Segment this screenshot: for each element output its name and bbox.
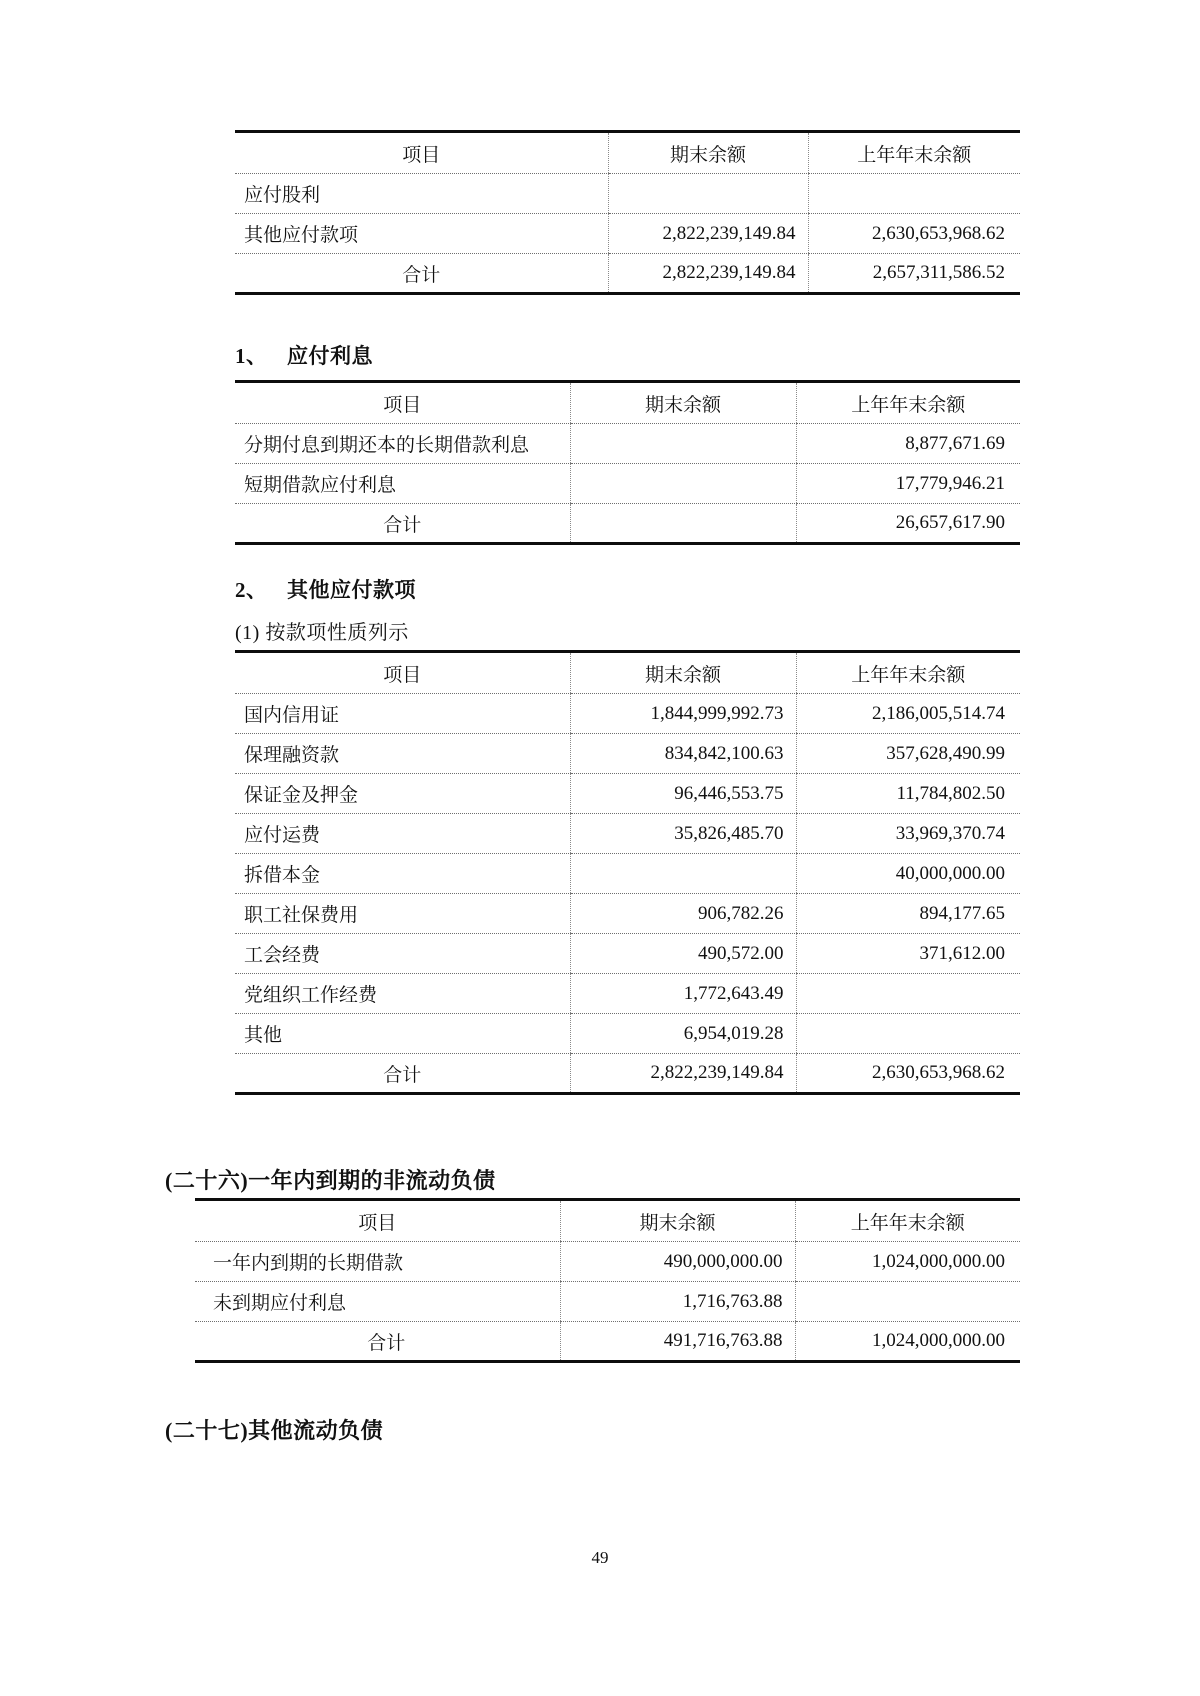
row-label: 合计 bbox=[235, 504, 570, 544]
prior-year-end-balance bbox=[808, 174, 1020, 214]
section-number: (二十六) bbox=[165, 1168, 248, 1193]
row-label: 一年内到期的长期借款 bbox=[195, 1242, 560, 1282]
current-period-balance: 1,716,763.88 bbox=[560, 1282, 795, 1322]
total-row: 合计2,822,239,149.842,630,653,968.62 bbox=[235, 1054, 1020, 1094]
row-label: 党组织工作经费 bbox=[235, 974, 570, 1014]
section-title: 一年内到期的非流动负债 bbox=[248, 1168, 496, 1193]
table-header-row: 项目期末余额上年年末余额 bbox=[195, 1200, 1020, 1242]
current-period-balance: 6,954,019.28 bbox=[570, 1014, 796, 1054]
prior-year-end-balance: 894,177.65 bbox=[796, 894, 1020, 934]
current-period-balance: 35,826,485.70 bbox=[570, 814, 796, 854]
current-period-balance: 490,000,000.00 bbox=[560, 1242, 795, 1282]
row-label: 拆借本金 bbox=[235, 854, 570, 894]
prior-year-end-balance: 17,779,946.21 bbox=[796, 464, 1020, 504]
prior-year-end-balance bbox=[795, 1282, 1020, 1322]
row-label: 短期借款应付利息 bbox=[235, 464, 570, 504]
column-header: 期末余额 bbox=[570, 652, 796, 694]
total-row: 合计26,657,617.90 bbox=[235, 504, 1020, 544]
prior-year-end-balance: 2,657,311,586.52 bbox=[808, 254, 1020, 294]
row-label: 其他应付款项 bbox=[235, 214, 608, 254]
prior-year-end-balance: 357,628,490.99 bbox=[796, 734, 1020, 774]
current-period-balance bbox=[570, 424, 796, 464]
table-row: 国内信用证1,844,999,992.732,186,005,514.74 bbox=[235, 694, 1020, 734]
table-row: 职工社保费用906,782.26894,177.65 bbox=[235, 894, 1020, 934]
section-number: 2、 bbox=[235, 574, 287, 604]
prior-year-end-balance: 11,784,802.50 bbox=[796, 774, 1020, 814]
table-row: 保理融资款834,842,100.63357,628,490.99 bbox=[235, 734, 1020, 774]
table-row: 短期借款应付利息17,779,946.21 bbox=[235, 464, 1020, 504]
column-header: 期末余额 bbox=[560, 1200, 795, 1242]
row-label: 工会经费 bbox=[235, 934, 570, 974]
table-row: 其他应付款项2,822,239,149.842,630,653,968.62 bbox=[235, 214, 1020, 254]
section-heading-interest-payable: 1、应付利息 bbox=[235, 340, 373, 370]
row-label: 保理融资款 bbox=[235, 734, 570, 774]
current-period-balance: 2,822,239,149.84 bbox=[570, 1054, 796, 1094]
current-period-balance: 96,446,553.75 bbox=[570, 774, 796, 814]
table-row: 保证金及押金96,446,553.7511,784,802.50 bbox=[235, 774, 1020, 814]
column-header: 项目 bbox=[235, 652, 570, 694]
row-label: 国内信用证 bbox=[235, 694, 570, 734]
column-header: 项目 bbox=[195, 1200, 560, 1242]
prior-year-end-balance: 371,612.00 bbox=[796, 934, 1020, 974]
section-heading-other-payables: 2、其他应付款项 bbox=[235, 574, 416, 604]
column-header: 上年年末余额 bbox=[796, 652, 1020, 694]
table-row: 工会经费490,572.00371,612.00 bbox=[235, 934, 1020, 974]
prior-year-end-balance: 2,186,005,514.74 bbox=[796, 694, 1020, 734]
prior-year-end-balance: 2,630,653,968.62 bbox=[796, 1054, 1020, 1094]
row-label: 应付股利 bbox=[235, 174, 608, 214]
row-label: 保证金及押金 bbox=[235, 774, 570, 814]
current-period-balance bbox=[570, 854, 796, 894]
table-header-row: 项目期末余额上年年末余额 bbox=[235, 382, 1020, 424]
prior-year-end-balance bbox=[796, 974, 1020, 1014]
current-period-balance bbox=[608, 174, 808, 214]
noncurrent-liabilities-due-within-one-year-table: 项目期末余额上年年末余额一年内到期的长期借款490,000,000.001,02… bbox=[195, 1198, 1020, 1363]
prior-year-end-balance: 40,000,000.00 bbox=[796, 854, 1020, 894]
column-header: 上年年末余额 bbox=[808, 132, 1020, 174]
current-period-balance: 2,822,239,149.84 bbox=[608, 254, 808, 294]
column-header: 项目 bbox=[235, 382, 570, 424]
row-label: 合计 bbox=[235, 1054, 570, 1094]
row-label: 合计 bbox=[195, 1322, 560, 1362]
table-row: 应付运费35,826,485.7033,969,370.74 bbox=[235, 814, 1020, 854]
current-period-balance: 491,716,763.88 bbox=[560, 1322, 795, 1362]
document-page: 项目期末余额上年年末余额应付股利其他应付款项2,822,239,149.842,… bbox=[0, 0, 1200, 1696]
column-header: 上年年末余额 bbox=[796, 382, 1020, 424]
table-row: 应付股利 bbox=[235, 174, 1020, 214]
current-period-balance: 2,822,239,149.84 bbox=[608, 214, 808, 254]
total-row: 合计491,716,763.881,024,000,000.00 bbox=[195, 1322, 1020, 1362]
table-row: 一年内到期的长期借款490,000,000.001,024,000,000.00 bbox=[195, 1242, 1020, 1282]
prior-year-end-balance: 1,024,000,000.00 bbox=[795, 1322, 1020, 1362]
section-title: 其他应付款项 bbox=[287, 578, 416, 602]
row-label: 其他 bbox=[235, 1014, 570, 1054]
current-period-balance bbox=[570, 504, 796, 544]
section-title: 应付利息 bbox=[287, 344, 373, 368]
current-period-balance: 490,572.00 bbox=[570, 934, 796, 974]
table-row: 未到期应付利息1,716,763.88 bbox=[195, 1282, 1020, 1322]
table-row: 党组织工作经费1,772,643.49 bbox=[235, 974, 1020, 1014]
table-row: 其他6,954,019.28 bbox=[235, 1014, 1020, 1054]
section-title: 其他流动负债 bbox=[248, 1418, 383, 1443]
prior-year-end-balance: 26,657,617.90 bbox=[796, 504, 1020, 544]
total-row: 合计2,822,239,149.842,657,311,586.52 bbox=[235, 254, 1020, 294]
prior-year-end-balance: 8,877,671.69 bbox=[796, 424, 1020, 464]
table-row: 分期付息到期还本的长期借款利息8,877,671.69 bbox=[235, 424, 1020, 464]
prior-year-end-balance: 2,630,653,968.62 bbox=[808, 214, 1020, 254]
page-number: 49 bbox=[0, 1548, 1200, 1568]
other-payables-by-nature-table: 项目期末余额上年年末余额国内信用证1,844,999,992.732,186,0… bbox=[235, 650, 1020, 1095]
section-number: (二十七) bbox=[165, 1418, 248, 1443]
current-period-balance bbox=[570, 464, 796, 504]
table-header-row: 项目期末余额上年年末余额 bbox=[235, 652, 1020, 694]
interest-payable-table: 项目期末余额上年年末余额分期付息到期还本的长期借款利息8,877,671.69短… bbox=[235, 380, 1020, 545]
prior-year-end-balance: 1,024,000,000.00 bbox=[795, 1242, 1020, 1282]
row-label: 分期付息到期还本的长期借款利息 bbox=[235, 424, 570, 464]
table-header-row: 项目期末余额上年年末余额 bbox=[235, 132, 1020, 174]
row-label: 应付运费 bbox=[235, 814, 570, 854]
subsection-heading-by-nature: (1) 按款项性质列示 bbox=[235, 616, 409, 645]
table-row: 拆借本金40,000,000.00 bbox=[235, 854, 1020, 894]
row-label: 未到期应付利息 bbox=[195, 1282, 560, 1322]
payables-summary-table: 项目期末余额上年年末余额应付股利其他应付款项2,822,239,149.842,… bbox=[235, 130, 1020, 295]
current-period-balance: 906,782.26 bbox=[570, 894, 796, 934]
column-header: 项目 bbox=[235, 132, 608, 174]
section-heading-other-current-liabilities: (二十七)其他流动负债 bbox=[165, 1414, 383, 1445]
prior-year-end-balance bbox=[796, 1014, 1020, 1054]
column-header: 期末余额 bbox=[570, 382, 796, 424]
current-period-balance: 1,844,999,992.73 bbox=[570, 694, 796, 734]
column-header: 期末余额 bbox=[608, 132, 808, 174]
current-period-balance: 834,842,100.63 bbox=[570, 734, 796, 774]
current-period-balance: 1,772,643.49 bbox=[570, 974, 796, 1014]
section-heading-noncurrent-liabilities-due-within-one-year: (二十六)一年内到期的非流动负债 bbox=[165, 1164, 496, 1195]
column-header: 上年年末余额 bbox=[795, 1200, 1020, 1242]
prior-year-end-balance: 33,969,370.74 bbox=[796, 814, 1020, 854]
section-number: 1、 bbox=[235, 340, 287, 370]
row-label: 职工社保费用 bbox=[235, 894, 570, 934]
row-label: 合计 bbox=[235, 254, 608, 294]
